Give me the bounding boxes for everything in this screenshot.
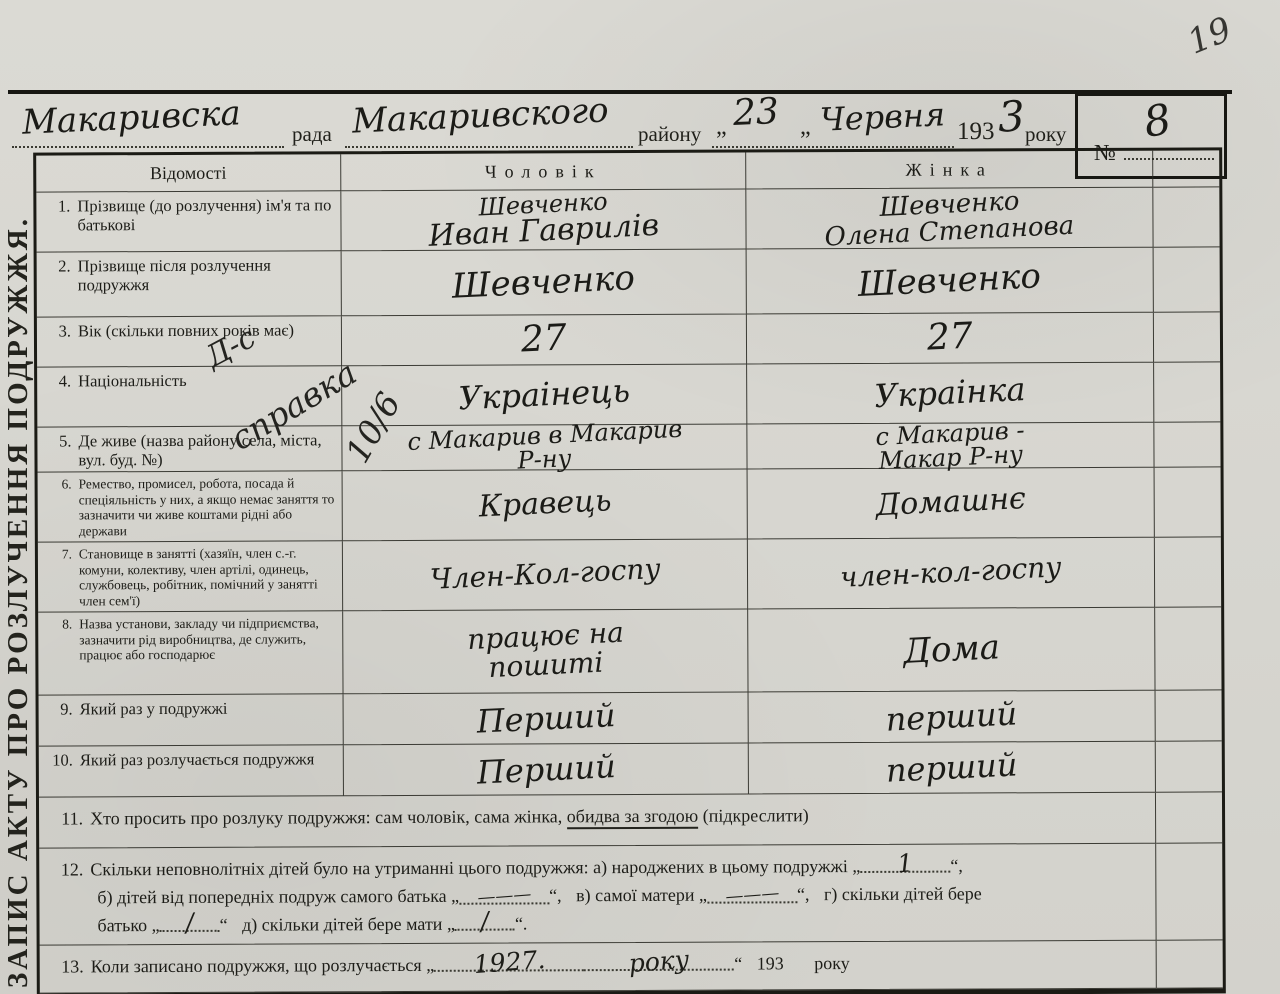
empty-cell <box>1155 467 1221 537</box>
dotted-fill-line <box>712 146 954 148</box>
quote-mark: “, <box>950 856 963 876</box>
row-5-woman-value: с Макарив -Макар Р-ну <box>747 423 1154 470</box>
label-text: Який раз у подружжі <box>80 698 339 745</box>
row-number: 2. <box>39 256 78 316</box>
handwritten-entry: пошиті <box>487 649 603 683</box>
dotted-fill: 1927. <box>434 956 584 972</box>
label-text: Де живе (назва району села, міста, вул. … <box>78 430 337 471</box>
quote-mark: „ <box>852 856 860 876</box>
dotted-fill: року <box>584 956 734 972</box>
handwritten-entry: Кравець <box>478 486 612 523</box>
label-text: Ремество, промисел, робота, посада й спе… <box>79 475 338 541</box>
column-header-zhinka: Жінка <box>746 151 1153 190</box>
row-1-man-value: ШевченкоИван Гаврилів <box>341 189 746 251</box>
question-text: Скільки неповнолітніх дітей було на утри… <box>90 856 848 879</box>
column-header-label: Жінка <box>906 159 993 180</box>
empty-cell <box>1156 792 1222 843</box>
row-number: 1. <box>38 196 77 251</box>
rayon-label: району <box>638 122 701 147</box>
empty-cell <box>1156 690 1222 741</box>
dotted-fill: ——— <box>459 890 549 904</box>
row-2-label: 2.Прізвище після розлучення подружжя <box>37 251 342 317</box>
year-printed: 193 <box>957 118 995 146</box>
row-6-label: 6.Ремество, промисел, робота, посада й с… <box>38 471 343 542</box>
handwritten-entry: 1 <box>897 857 914 870</box>
row-7-woman-value: член-кол-госпу <box>748 538 1155 610</box>
handwritten-entry: Перший <box>476 750 616 789</box>
handwritten-entry: року <box>629 954 690 970</box>
column-header-label: Відомості <box>150 162 227 183</box>
row-7-man-value: Член-Кол-госпу <box>343 539 748 611</box>
quote-mark: „ <box>426 955 434 975</box>
quote-mark: “. <box>515 913 528 933</box>
handwritten-entry: Олена Степанова <box>824 212 1075 250</box>
question-text: б) дітей від попередніх подруж самого ба… <box>97 886 446 908</box>
quote-mark: „ <box>152 915 160 935</box>
row-10-man-value: Перший <box>344 743 749 796</box>
question-text: в) самої матери <box>576 885 694 906</box>
row-8-man-value: працює напошиті <box>343 609 748 694</box>
quote-mark: “ <box>220 915 228 935</box>
label-text: Прізвище після розлучення подружжя <box>78 255 337 316</box>
column-header-label: Чоловік <box>485 161 602 183</box>
handwritten-entry: 27 <box>926 319 974 358</box>
row-4-woman-value: Украінка <box>747 363 1154 425</box>
question-text: д) скільки дітей бере мати <box>242 914 442 935</box>
handwritten-entry: ——— <box>725 887 780 903</box>
question-text: батько <box>97 915 147 935</box>
dotted-fill-line <box>12 146 284 148</box>
row-number: 8. <box>40 616 79 694</box>
act-number-handwriting: 8 <box>1140 94 1175 147</box>
question-text: Коли записано подружжя, що розлучається <box>91 955 422 976</box>
empty-cell <box>1154 312 1220 362</box>
empty-cell <box>1156 843 1222 940</box>
label-text: Який раз розлучається подружжя <box>80 749 339 796</box>
dotted-fill: / <box>160 917 220 932</box>
roku-label: року <box>1025 122 1066 147</box>
question-text: г) скільки дітей бере <box>824 883 982 904</box>
date-quote-mid: „ <box>800 114 811 141</box>
handwritten-entry: Украінка <box>874 373 1027 413</box>
handwritten-entry: Иван Гаврилів <box>428 211 660 253</box>
quote-mark: “, <box>797 884 810 904</box>
empty-cell <box>1154 247 1220 312</box>
column-header-cholovik: Чоловік <box>341 152 746 191</box>
handwritten-entry: Домашнє <box>875 484 1026 522</box>
empty-cell <box>1157 940 1223 988</box>
handwritten-entry: перший <box>885 697 1018 736</box>
empty-cell <box>1155 607 1221 690</box>
row-8-woman-value: Дома <box>748 608 1155 693</box>
row-3-label: 3.Вік (скільки повних років має) <box>37 316 342 367</box>
handwritten-entry: Шевченко <box>451 261 636 304</box>
row-9-man-value: Перший <box>344 692 749 745</box>
handwritten-entry: Дома <box>902 630 1000 669</box>
records-table: Відомості Чоловік Жінка 1.Прізвище (до р… <box>33 147 1226 994</box>
empty-cell <box>1154 362 1220 422</box>
row-number: 11. <box>51 805 90 833</box>
handwritten-entry: Украінець <box>458 374 631 415</box>
quote-mark: „ <box>451 886 459 906</box>
row-7-label: 7.Становище в занятті (хазяїн, член с.-г… <box>38 541 343 612</box>
row-5-man-value: с Макарив в МакаривР-ну <box>342 424 747 471</box>
row-number: 6. <box>40 476 79 541</box>
rada-label: рада <box>292 122 332 147</box>
column-header-vidomosti: Відомості <box>36 154 341 192</box>
month-handwriting: Червня <box>819 95 946 138</box>
row-5-label: 5.Де живе (назва району села, міста, вул… <box>37 426 342 472</box>
dotted-fill: / <box>455 915 515 930</box>
empty-cell <box>1155 537 1221 607</box>
date-quote-open: „ <box>716 114 727 141</box>
handwritten-entry: / <box>185 916 194 929</box>
empty-cell <box>1154 422 1220 467</box>
row-number: 9. <box>41 699 80 745</box>
empty-cell <box>1156 741 1222 792</box>
row-number: 12. <box>51 856 90 884</box>
label-text: Назва установи, закладу чи підприємства,… <box>79 615 338 694</box>
row-8-label: 8.Назва установи, закладу чи підприємств… <box>38 611 343 695</box>
row-1-label: 1.Прізвище (до розлучення) ім'я та по ба… <box>36 191 341 252</box>
dotted-fill-line <box>345 146 633 148</box>
underlined-answer: обидва за згодою <box>567 806 699 830</box>
quote-mark: “ <box>734 954 742 974</box>
handwritten-entry: 1927. <box>473 954 545 971</box>
row-number: 10. <box>41 750 80 796</box>
row-11-question: 11.Хто просить про розлуку подружжя: сам… <box>39 793 1156 849</box>
row-6-woman-value: Домашнє <box>748 468 1155 540</box>
row-number: 3. <box>39 321 78 366</box>
quote-mark: „ <box>699 885 707 905</box>
handwritten-entry: перший <box>885 748 1018 787</box>
quote-mark: „ <box>447 914 455 934</box>
side-title-vertical: ЗАПИС АКТУ ПРО РОЗЛУЧЕННЯ ПОДРУЖЖЯ. <box>2 216 35 988</box>
council-name-handwriting: Макаривска <box>21 93 241 143</box>
row-9-label: 9.Який раз у подружжі <box>39 694 344 746</box>
year-printed: 193 <box>757 953 784 973</box>
row-2-woman-value: Шевченко <box>747 248 1154 315</box>
label-text: Прізвище (до розлучення) ім'я та по бать… <box>77 195 336 251</box>
row-3-man-value: 27 <box>342 314 747 366</box>
handwritten-entry: / <box>480 915 489 928</box>
row-9-woman-value: перший <box>749 691 1156 744</box>
district-name-handwriting: Макаривского <box>351 90 609 141</box>
row-12-line-3: батько „/“ д) скільки дітей бере мати „/… <box>51 908 1145 941</box>
quote-mark: “, <box>549 885 562 905</box>
handwritten-entry: ——— <box>477 888 532 904</box>
label-text: Становище в занятті (хазяїн, член с.-г. … <box>79 545 338 611</box>
empty-cell <box>1153 187 1219 247</box>
row-12-question: 12.Скільки неповнолітніх дітей було на у… <box>39 844 1156 946</box>
day-handwriting: 23 <box>732 91 780 134</box>
page-number-handwriting: 19 <box>1182 9 1237 62</box>
row-number: 4. <box>39 371 78 426</box>
handwritten-entry: Шевченко <box>857 259 1042 302</box>
row-number: 5. <box>39 431 78 471</box>
row-10-woman-value: перший <box>749 742 1156 795</box>
row-number: 7. <box>40 546 79 611</box>
row-3-woman-value: 27 <box>747 313 1154 365</box>
row-6-man-value: Кравець <box>343 469 748 541</box>
handwritten-entry: член-кол-госпу <box>840 554 1063 593</box>
row-10-label: 10.Який раз розлучається подружжя <box>39 745 344 797</box>
row-13-question: 13.Коли записано подружжя, що розлучаєть… <box>40 941 1157 994</box>
handwritten-entry: 27 <box>520 320 568 359</box>
row-4-man-value: Украінець <box>342 364 747 426</box>
row-12-line-2: б) дітей від попередніх подруж самого ба… <box>51 880 1145 913</box>
handwritten-entry: Член-Кол-госпу <box>429 555 661 595</box>
empty-cell <box>1153 150 1219 187</box>
dotted-fill: 1 <box>860 858 950 873</box>
handwritten-entry: Перший <box>475 699 615 738</box>
question-text: Хто просить про розлуку подружжя: сам чо… <box>90 806 567 828</box>
year-digit-handwriting: 3 <box>997 91 1026 141</box>
row-number: 13. <box>52 953 91 981</box>
row-2-man-value: Шевченко <box>342 249 747 316</box>
question-text: (підкреслити) <box>698 805 809 825</box>
roku-label: року <box>814 953 850 973</box>
top-rule-line <box>8 90 1232 94</box>
handwritten-entry: Р-ну <box>517 446 572 473</box>
dotted-fill: ——— <box>707 889 797 903</box>
row-1-woman-value: ШевченкоОлена Степанова <box>746 188 1153 250</box>
scanned-divorce-record-page: 19 ЗАПИС АКТУ ПРО РОЗЛУЧЕННЯ ПОДРУЖЖЯ. М… <box>0 0 1280 994</box>
